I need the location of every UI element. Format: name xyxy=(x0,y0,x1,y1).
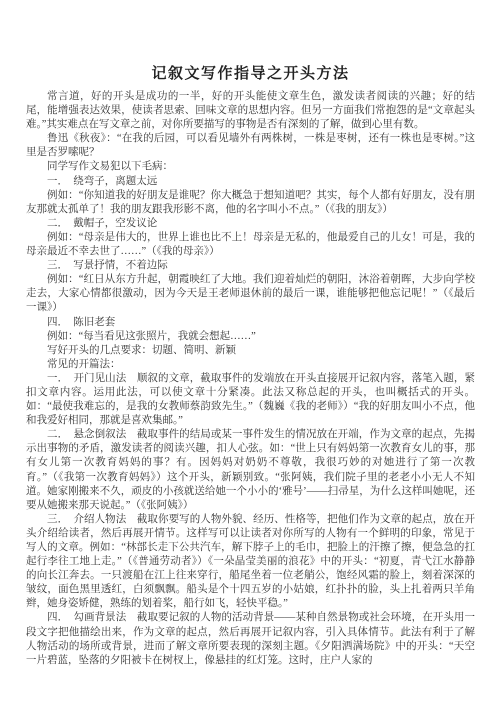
document-page: 记叙文写作指导之开头方法 常言道，好的开头是成功的一半，好的开头能使文章生色，激… xyxy=(0,0,500,707)
paragraph: 例如：“你知道我的好朋友是谁呢？你大概急于想知道吧？其实，每个人都有好朋友，没有… xyxy=(26,189,475,217)
list-item-method-3: 三． 介绍人物法 截取你要写的人物外貌、经历、性格等，把他们作为文章的起点，放在… xyxy=(26,513,475,612)
paragraph: 写好开头的几点要求：切题、简明、新颖 xyxy=(26,344,475,358)
paragraph: 例如：“母亲是伟大的，世界上谁也比不上！母亲是无私的，他最爱自己的儿女！可是，我… xyxy=(26,231,475,259)
list-item-fault-3: 三． 写景抒情，不着边际 xyxy=(26,259,475,273)
list-item-method-4: 四． 勾画背景法 截取要记叙的人物的活动背景——某种自然景物或社会环境，在开头用… xyxy=(26,611,475,667)
paragraph: 同学写作文易犯以下毛病： xyxy=(26,160,475,174)
paragraph: 例如：“每当看见这张照片，我就会想起……” xyxy=(26,330,475,344)
list-item-fault-1: 一． 绕弯子，离题太远 xyxy=(26,175,475,189)
paragraph: 常言道，好的开头是成功的一半，好的开头能使文章生色，激发读者阅读的兴趣；好的结尾… xyxy=(26,90,475,132)
page-title: 记叙文写作指导之开头方法 xyxy=(26,62,475,83)
list-item-method-2: 二． 悬念倒叙法 截取事件的结局或某一事件发生的情况放在开端，作为文章的起点，先… xyxy=(26,428,475,513)
paragraph: 鲁迅《秋夜》：“在我的后园，可以看见墙外有两株树，一株是枣树，还有一株也是枣树。… xyxy=(26,132,475,160)
paragraph: 例如：“红日从东方升起，朝霞映红了大地。我们迎着灿烂的朝阳，沐浴着朝晖，大步向学… xyxy=(26,273,475,315)
list-item-method-1: 一． 开门见山法 顺叙的文章，截取事件的发端放在开头直接展开记叙内容，落笔入题，… xyxy=(26,372,475,428)
list-item-fault-2: 二． 戴帽子，空发议论 xyxy=(26,217,475,231)
paragraph: 常见的开篇法： xyxy=(26,358,475,372)
list-item-fault-4: 四． 陈旧老套 xyxy=(26,316,475,330)
